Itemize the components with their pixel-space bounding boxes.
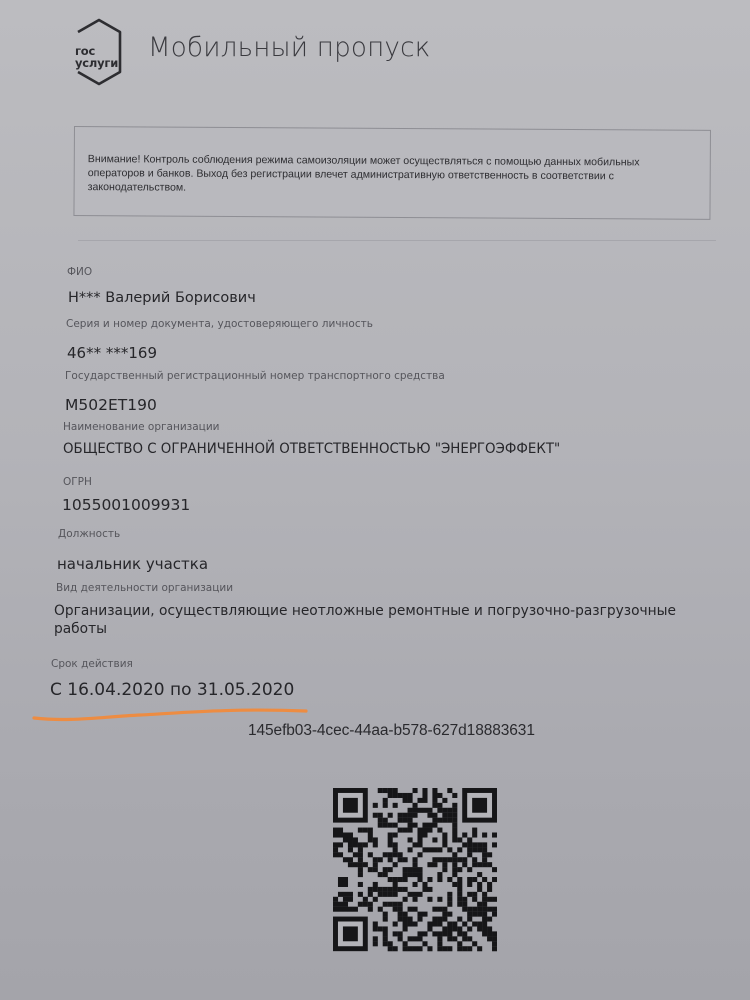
activity-label: Вид деятельности организации [56,582,233,594]
document-label: Серия и номер документа, удостоверяющего… [66,318,373,330]
validity-value: С 16.04.2020 по 31.05.2020 [50,680,294,700]
ogrn-value: 1055001009931 [62,496,190,514]
vehicle-label: Государственный регистрационный номер тр… [65,370,445,382]
activity-value: Организации, осуществляющие неотложные р… [54,602,719,638]
fio-label: ФИО [67,266,92,278]
organization-value: ОБЩЕСТВО С ОГРАНИЧЕННОЙ ОТВЕТСТВЕННОСТЬЮ… [63,441,560,457]
divider [78,240,716,241]
vehicle-value: М502ЕТ190 [65,396,157,414]
organization-label: Наименование организации [63,421,219,433]
fio-value: Н*** Валерий Борисович [68,290,256,306]
mobile-pass-page: гос услуги Мобильный пропуск Внимание! К… [0,0,750,1000]
gosuslugi-logo: гос услуги [68,18,130,86]
position-label: Должность [58,528,120,540]
qr-code-icon [333,788,497,966]
ogrn-label: ОГРН [63,476,92,488]
document-value: 46** ***169 [67,344,157,362]
position-value: начальник участка [57,555,208,573]
warning-notice: Внимание! Контроль соблюдения режима сам… [73,126,711,220]
validity-label: Срок действия [51,658,133,670]
page-title: Мобильный пропуск [148,32,430,63]
logo-text-line2: услуги [75,57,118,69]
pass-id: 145efb03-4cec-44aa-b578-627d18883631 [248,722,535,740]
warning-text: Внимание! Контроль соблюдения режима сам… [88,152,688,198]
